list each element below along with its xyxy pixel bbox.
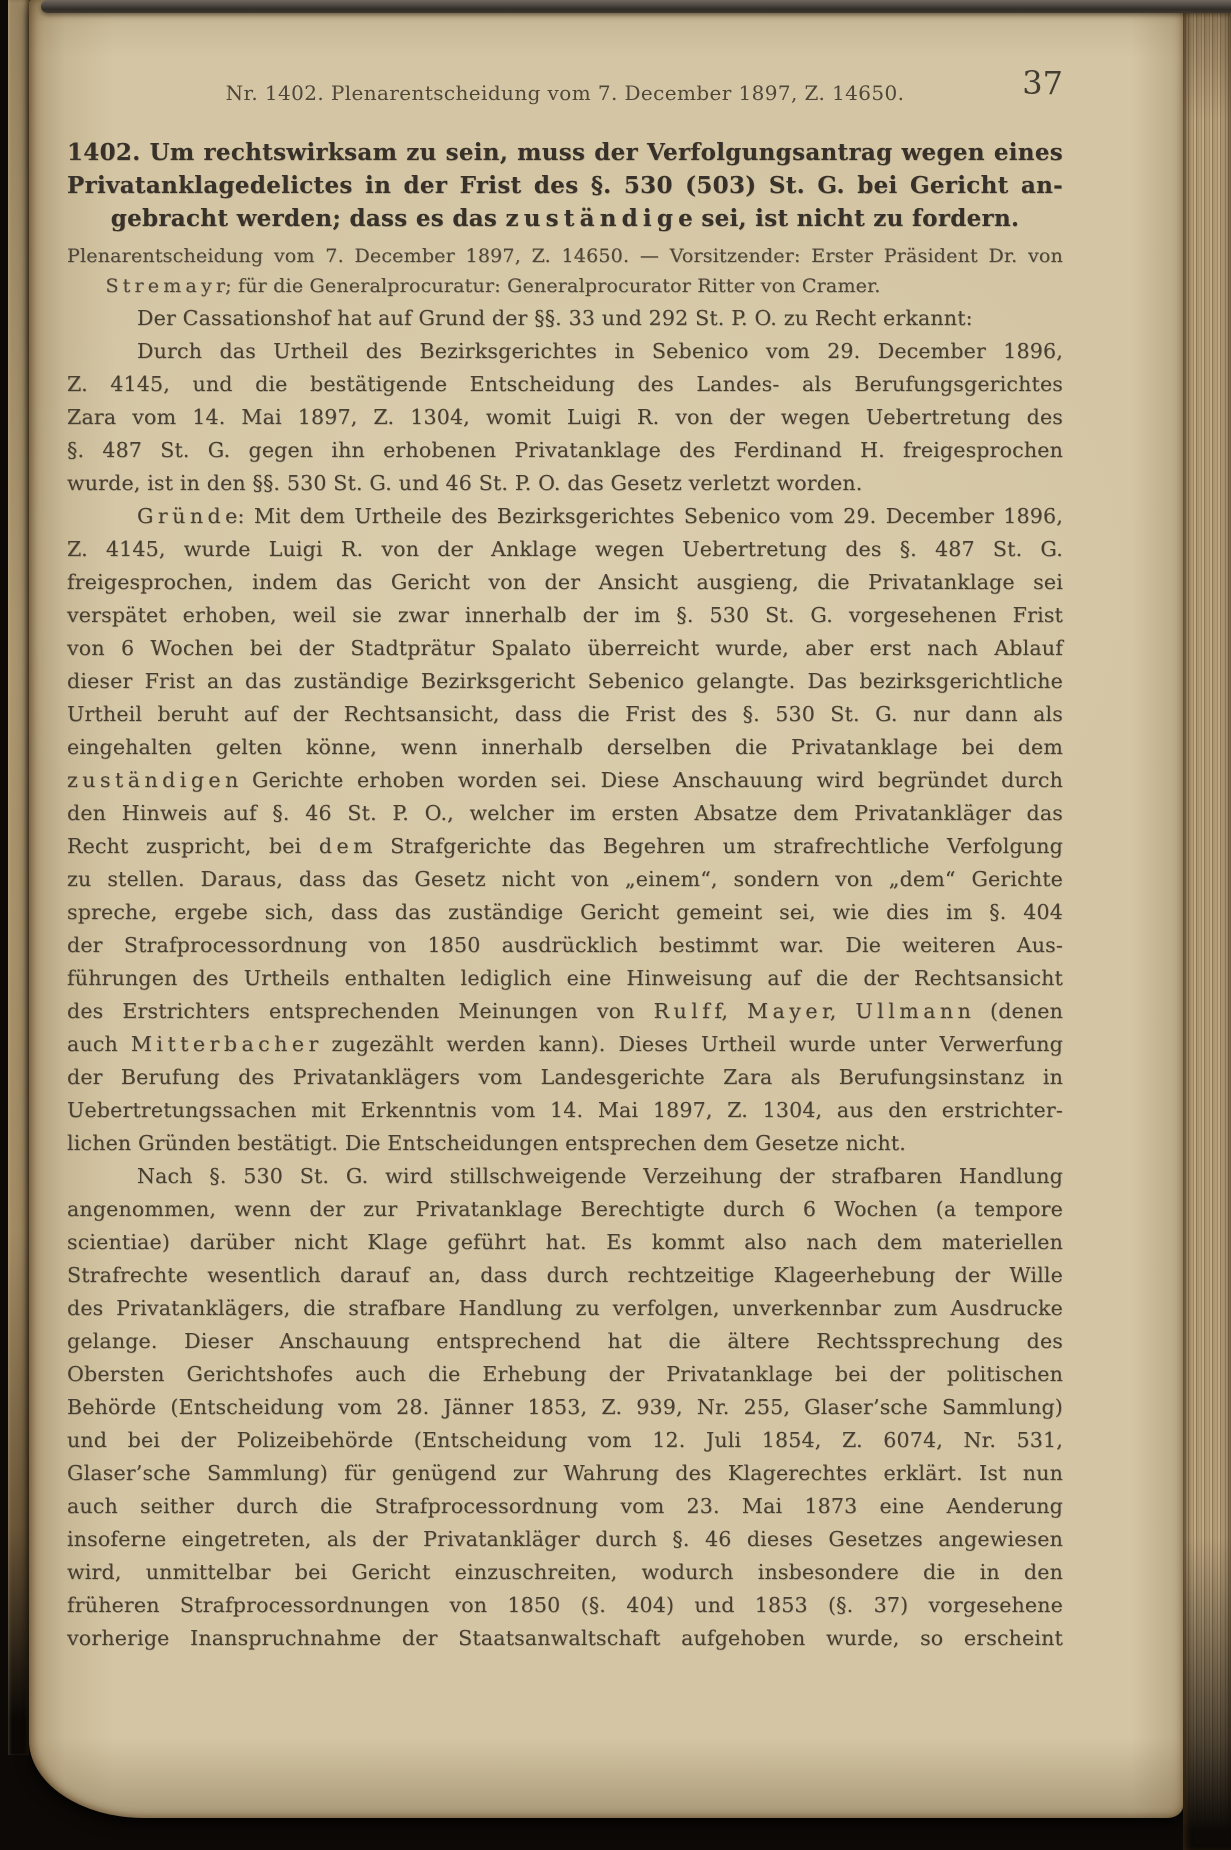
text-line: Z. 4145, und die bestätigende Entscheidu… bbox=[67, 368, 1063, 401]
text-line: wurde, ist in den §§. 530 St. G. und 46 … bbox=[67, 467, 1063, 500]
text-line: Der Cassationshof hat auf Grund der §§. … bbox=[67, 302, 1063, 335]
text-line: eingehalten gelten könne, wenn innerhalb… bbox=[67, 731, 1063, 764]
text-line: Zara vom 14. Mai 1897, Z. 1304, womit Lu… bbox=[67, 401, 1063, 434]
text-line: Behörde (Entscheidung vom 28. Jänner 185… bbox=[67, 1391, 1063, 1424]
text-line: Urtheil beruht auf der Rechtsansicht, da… bbox=[67, 698, 1063, 731]
text-line: früheren Strafprocessordnungen von 1850 … bbox=[67, 1589, 1063, 1622]
headnote-line: Privatanklagedelictes in der Frist des §… bbox=[67, 169, 1063, 202]
text-line: verspätet erhoben, weil sie zwar innerha… bbox=[67, 599, 1063, 632]
text-line: §. 487 St. G. gegen ihn erhobenen Privat… bbox=[67, 434, 1063, 467]
text-line: spreche, ergebe sich, dass das zuständig… bbox=[67, 896, 1063, 929]
text-line: Durch das Urtheil des Bezirksgerichtes i… bbox=[67, 335, 1063, 368]
text-line: des Privatanklägers, die strafbare Handl… bbox=[67, 1292, 1063, 1325]
text-line: Nach §. 530 St. G. wird stillschweigende… bbox=[67, 1160, 1063, 1193]
text-line: Obersten Gerichtshofes auch die Erhebung… bbox=[67, 1358, 1063, 1391]
text-line: scientiae) darüber nicht Klage geführt h… bbox=[67, 1226, 1063, 1259]
book-page: Nr. 1402. Plenarentscheidung vom 7. Dece… bbox=[29, 0, 1183, 1818]
text-line: wird, unmittelbar bei Gericht einzuschre… bbox=[67, 1556, 1063, 1589]
text-line: und bei der Polizeibehörde (Entscheidung… bbox=[67, 1424, 1063, 1457]
text-line: z u s t ä n d i g e n Gerichte erhoben w… bbox=[67, 764, 1063, 797]
headnote-line: 1402. Um rechtswirksam zu sein, muss der… bbox=[67, 136, 1063, 169]
text-line: Uebertretungssachen mit Erkenntnis vom 1… bbox=[67, 1094, 1063, 1127]
text-line: Glaser’sche Sammlung) für genügend zur W… bbox=[67, 1457, 1063, 1490]
text-line: zu stellen. Daraus, dass das Gesetz nich… bbox=[67, 863, 1063, 896]
book-fore-edge bbox=[1183, 11, 1231, 1850]
text-line: Recht zuspricht, bei d e m Strafgerichte… bbox=[67, 830, 1063, 863]
text-line: auch seither durch die Strafprocessordnu… bbox=[67, 1490, 1063, 1523]
headnote: 1402. Um rechtswirksam zu sein, muss der… bbox=[67, 136, 1063, 235]
text-line: der Strafprocessordnung von 1850 ausdrüc… bbox=[67, 929, 1063, 962]
text-line: der Berufung des Privatanklägers vom Lan… bbox=[67, 1061, 1063, 1094]
text-line: des Erstrichters entsprechenden Meinunge… bbox=[67, 995, 1063, 1028]
text-line: den Hinweis auf §. 46 St. P. O., welcher… bbox=[67, 797, 1063, 830]
text-line: vorherige Inanspruchnahme der Staatsanwa… bbox=[67, 1622, 1063, 1655]
text-line: Strafrechte wesentlich darauf an, dass d… bbox=[67, 1259, 1063, 1292]
book-photo-background: Nr. 1402. Plenarentscheidung vom 7. Dece… bbox=[0, 0, 1231, 1850]
text-line: lichen Gründen bestätigt. Die Entscheidu… bbox=[67, 1127, 1063, 1160]
text-line: Z. 4145, wurde Luigi R. von der Anklage … bbox=[67, 533, 1063, 566]
book-top-edge bbox=[41, 0, 1231, 13]
text-line: insoferne eingetreten, als der Privatank… bbox=[67, 1523, 1063, 1556]
decision-reference: Plenarentscheidung vom 7. December 1897,… bbox=[67, 241, 1063, 301]
text-line: führungen des Urtheils enthalten ledigli… bbox=[67, 962, 1063, 995]
text-line: auch M i t t e r b a c h e r zugezählt w… bbox=[67, 1028, 1063, 1061]
decision-text: Der Cassationshof hat auf Grund der §§. … bbox=[67, 302, 1063, 1655]
reference-line: S t r e m a y r; für die Generalprocurat… bbox=[0, 271, 991, 301]
page-number: 37 bbox=[67, 64, 1063, 102]
reference-line: Plenarentscheidung vom 7. December 1897,… bbox=[67, 241, 1063, 271]
text-line: angenommen, wenn der zur Privatanklage B… bbox=[67, 1193, 1063, 1226]
adjacent-page-edge bbox=[8, 0, 29, 1755]
text-line: G r ü n d e: Mit dem Urtheile des Bezirk… bbox=[67, 500, 1063, 533]
text-line: gelange. Dieser Anschauung entsprechend … bbox=[67, 1325, 1063, 1358]
text-line: von 6 Wochen bei der Stadtprätur Spalato… bbox=[67, 632, 1063, 665]
text-line: dieser Frist an das zuständige Bezirksge… bbox=[67, 665, 1063, 698]
headnote-line: gebracht werden; dass es das z u s t ä n… bbox=[67, 202, 1063, 235]
text-line: freigesprochen, indem das Gericht von de… bbox=[67, 566, 1063, 599]
